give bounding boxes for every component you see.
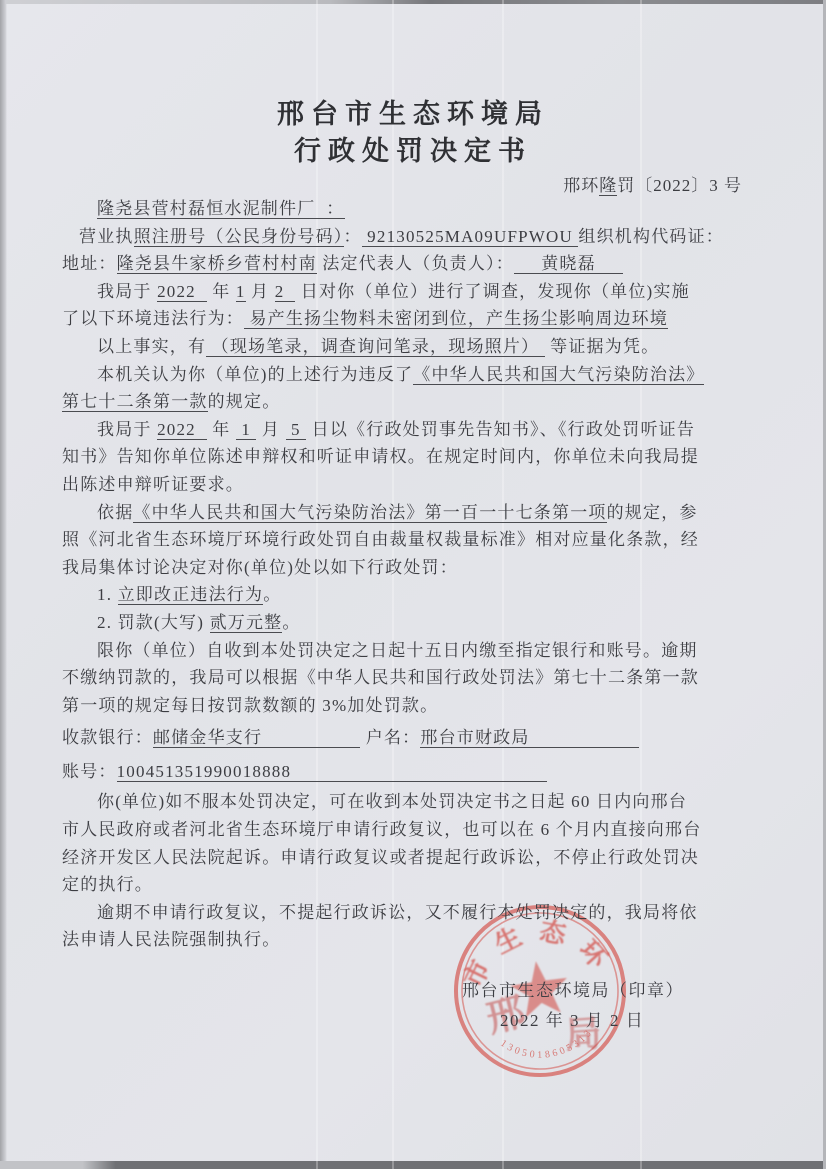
static-text: 营业执 — [79, 227, 134, 246]
static-text: 本机关认为你（单位)的上述行为违反了 — [97, 365, 413, 384]
filled-blank: 黄晓磊 — [514, 254, 623, 274]
document-body: 隆尧县菅村磊恒水泥制件厂 ：营业执照注册号（公民身份号码）： 92130525M… — [62, 195, 768, 954]
static-text: 经济开发区人民法院起诉。申请行政复议或者提起行政诉讼，不停止行政处罚决 — [62, 848, 699, 867]
document-line: 逾期不申请行政复议，不提起行政诉讼，又不履行本处罚决定的，我局将依 — [62, 899, 768, 927]
static-text: 。 — [282, 613, 300, 632]
static-text: 等证据为凭。 — [545, 337, 660, 356]
signature-date: 2022 年 3 月 2 日 — [462, 1006, 684, 1036]
document-line: 依据《中华人民共和国大气污染防治法》第一百一十七条第一项的规定，参 — [62, 499, 768, 527]
document-title-block: 邢台市生态环境局 行政处罚决定书 — [0, 96, 826, 170]
scan-edge-bottom — [0, 1161, 826, 1169]
static-text: 月 — [246, 282, 275, 301]
static-text: 知书》告知你单位陈述申辩权和听证申请权。在规定时间内，你单位未向我局提 — [62, 447, 699, 466]
static-text: 照《河北省生态环境厅环境行政处罚自由裁量权裁量标准》相对应量化条款，经 — [62, 530, 699, 549]
filled-blank: 《中华人民共和国大气污染防治法》第一百一十七条第一项 — [133, 503, 606, 523]
static-text: 定的执行。 — [62, 875, 153, 894]
static-text: 月 — [256, 420, 285, 439]
filled-blank: 2022 — [157, 420, 207, 440]
static-text: 户名： — [360, 728, 420, 747]
static-text: 年 — [207, 420, 236, 439]
scan-edge-left — [0, 0, 7, 1169]
document-line: 出陈述申辩听证要求。 — [62, 471, 768, 499]
static-text: 第一项的规定每日按罚款数额的 3%加处罚款。 — [62, 696, 438, 715]
static-text: 不缴纳罚款的，我局可以根据《中华人民共和国行政处罚法》第七十二条第一款 — [62, 668, 699, 687]
document-line: 本机关认为你（单位)的上述行为违反了《中华人民共和国大气污染防治法》 — [62, 361, 768, 389]
static-text: 的规定。 — [208, 392, 281, 411]
document-line: 经济开发区人民法院起诉。申请行政复议或者提起行政诉讼，不停止行政处罚决 — [62, 844, 768, 872]
static-text: 法申请人民法院强制执行。 — [62, 930, 280, 949]
document-number: 邢环隆罚〔2022〕3 号 — [563, 171, 742, 196]
static-text: 地址： — [62, 254, 117, 273]
static-text: 逾期不申请行政复议，不提起行政诉讼，又不履行本处罚决定的，我局将依 — [97, 903, 698, 922]
filled-blank: 5 — [286, 420, 307, 440]
scan-edge-top — [0, 0, 826, 4]
static-text: 罚〔2022〕3 号 — [617, 176, 742, 195]
document-line: 收款银行：邮储金华支行 户名：邢台市财政局 — [62, 724, 768, 752]
filled-blank: 2 — [275, 282, 296, 302]
document-line: 账号：100451351990018888 — [62, 758, 768, 786]
filled-blank: 隆 — [599, 176, 617, 196]
document-line: 市人民政府或者河北省生态环境厅申请行政复议，也可以在 6 个月内直接向邢台 — [62, 816, 768, 844]
filled-blank: 邢台市财政局 — [420, 728, 638, 748]
filled-blank: 1 — [236, 282, 246, 302]
document-line: 你(单位)如不服本处罚决定，可在收到本处罚决定书之日起 60 日内向邢台 — [62, 788, 768, 816]
document-line: 了以下环境违法行为： 易产生扬尘物料未密闭到位，产生扬尘影响周边环境 — [62, 305, 768, 333]
static-text: 账号： — [62, 762, 117, 781]
document-line: 隆尧县菅村磊恒水泥制件厂 ： — [62, 195, 768, 223]
filled-blank: 易产生扬尘物料未密闭到位，产生扬尘影响周边环境 — [244, 309, 668, 329]
document-line: 照《河北省生态环境厅环境行政处罚自由裁量权裁量标准》相对应量化条款，经 — [62, 526, 768, 554]
document-line: 知书》告知你单位陈述申辩权和听证申请权。在规定时间内，你单位未向我局提 — [62, 443, 768, 471]
static-text: 出陈述申辩听证要求。 — [62, 475, 244, 494]
static-text: 日对你（单位）进行了调查，发现你（单位)实施 — [295, 282, 690, 301]
static-text: 我局集体讨论决定对你(单位)处以如下行政处罚： — [62, 558, 458, 577]
static-text: 日以《行政处罚事先告知书》、《行政处罚听证告 — [306, 420, 695, 439]
document-line: 营业执照注册号（公民身份号码）： 92130525MA09UFPWOU 组织机构… — [62, 223, 768, 251]
scanned-document-page: 邢台市生态环境局 行政处罚决定书 邢环隆罚〔2022〕3 号 隆尧县菅村磊恒水泥… — [0, 0, 826, 1169]
static-text: ： — [344, 227, 362, 246]
document-line: 1. 立即改正违法行为。 — [62, 581, 768, 609]
document-line: 我局于 2022 年 1 月 5 日以《行政处罚事先告知书》、《行政处罚听证告 — [62, 416, 768, 444]
document-line: 2. 罚款(大写) 贰万元整。 — [62, 609, 768, 637]
static-text: 以上事实，有 — [97, 337, 206, 356]
document-type-title: 行政处罚决定书 — [0, 133, 826, 170]
document-line: 第七十二条第一款的规定。 — [62, 388, 768, 416]
filled-blank: 92130525MA09UFPWOU — [362, 227, 579, 247]
static-text: 市人民政府或者河北省生态环境厅申请行政复议，也可以在 6 个月内直接向邢台 — [62, 820, 701, 839]
static-text: 你(单位)如不服本处罚决定，可在收到本处罚决定书之日起 60 日内向邢台 — [97, 792, 687, 811]
filled-blank: 贰万元整 — [210, 613, 283, 633]
document-line: 地址：隆尧县牛家桥乡菅村村南 法定代表人（负责人）： 黄晓磊 — [62, 250, 768, 278]
static-text: 组织机构代码证： — [578, 227, 724, 246]
filled-blank: 隆尧县牛家桥乡菅村村南 — [117, 254, 317, 274]
document-line: 不缴纳罚款的，我局可以根据《中华人民共和国行政处罚法》第七十二条第一款 — [62, 664, 768, 692]
static-text: 。 — [263, 585, 281, 604]
signature-org: 邢台市生态环境局（印章） — [462, 976, 684, 1006]
document-line: 以上事实，有 （现场笔录，调查询问笔录，现场照片） 等证据为凭。 — [62, 333, 768, 361]
filled-blank: 照注册号（公民身份号码） — [134, 227, 344, 247]
static-text: 1. — [97, 585, 118, 604]
static-text: 收款银行： — [62, 728, 153, 747]
document-line: 限你（单位）自收到本处罚决定之日起十五日内缴至指定银行和账号。逾期 — [62, 637, 768, 665]
document-line: 我局于 2022 年 1 月 2 日对你（单位）进行了调查，发现你（单位)实施 — [62, 278, 768, 306]
static-text: 2. 罚款(大写) — [97, 613, 210, 632]
signature-block: 邢台市生态环境局（印章） 2022 年 3 月 2 日 — [462, 976, 684, 1036]
static-text: 我局于 — [97, 420, 157, 439]
filled-blank: （现场笔录，调查询问笔录，现场照片） — [206, 337, 545, 357]
filled-blank: 第七十二条第一款 — [62, 392, 208, 412]
filled-blank: 邮储金华支行 — [153, 728, 360, 748]
static-text: 限你（单位）自收到本处罚决定之日起十五日内缴至指定银行和账号。逾期 — [97, 641, 698, 660]
filled-blank: 立即改正违法行为 — [118, 585, 264, 605]
filled-blank: 2022 — [157, 282, 207, 302]
filled-blank: 隆尧县菅村磊恒水泥制件厂 ： — [97, 199, 345, 219]
filled-blank: 1 — [236, 420, 257, 440]
document-line: 定的执行。 — [62, 871, 768, 899]
static-text: 年 — [207, 282, 236, 301]
document-line: 法申请人民法院强制执行。 — [62, 926, 768, 954]
static-text: 依据 — [97, 503, 133, 522]
filled-blank: 100451351990018888 — [117, 762, 548, 782]
static-text: 的规定，参 — [607, 503, 698, 522]
filled-blank: 《中华人民共和国大气污染防治法》 — [413, 365, 704, 385]
document-line: 第一项的规定每日按罚款数额的 3%加处罚款。 — [62, 692, 768, 720]
static-text: 邢环 — [563, 176, 599, 195]
document-line: 我局集体讨论决定对你(单位)处以如下行政处罚： — [62, 554, 768, 582]
static-text: 法定代表人（负责人）： — [317, 254, 514, 273]
static-text: 了以下环境违法行为： — [62, 309, 244, 328]
static-text: 我局于 — [97, 282, 157, 301]
issuing-authority-title: 邢台市生态环境局 — [0, 96, 826, 133]
